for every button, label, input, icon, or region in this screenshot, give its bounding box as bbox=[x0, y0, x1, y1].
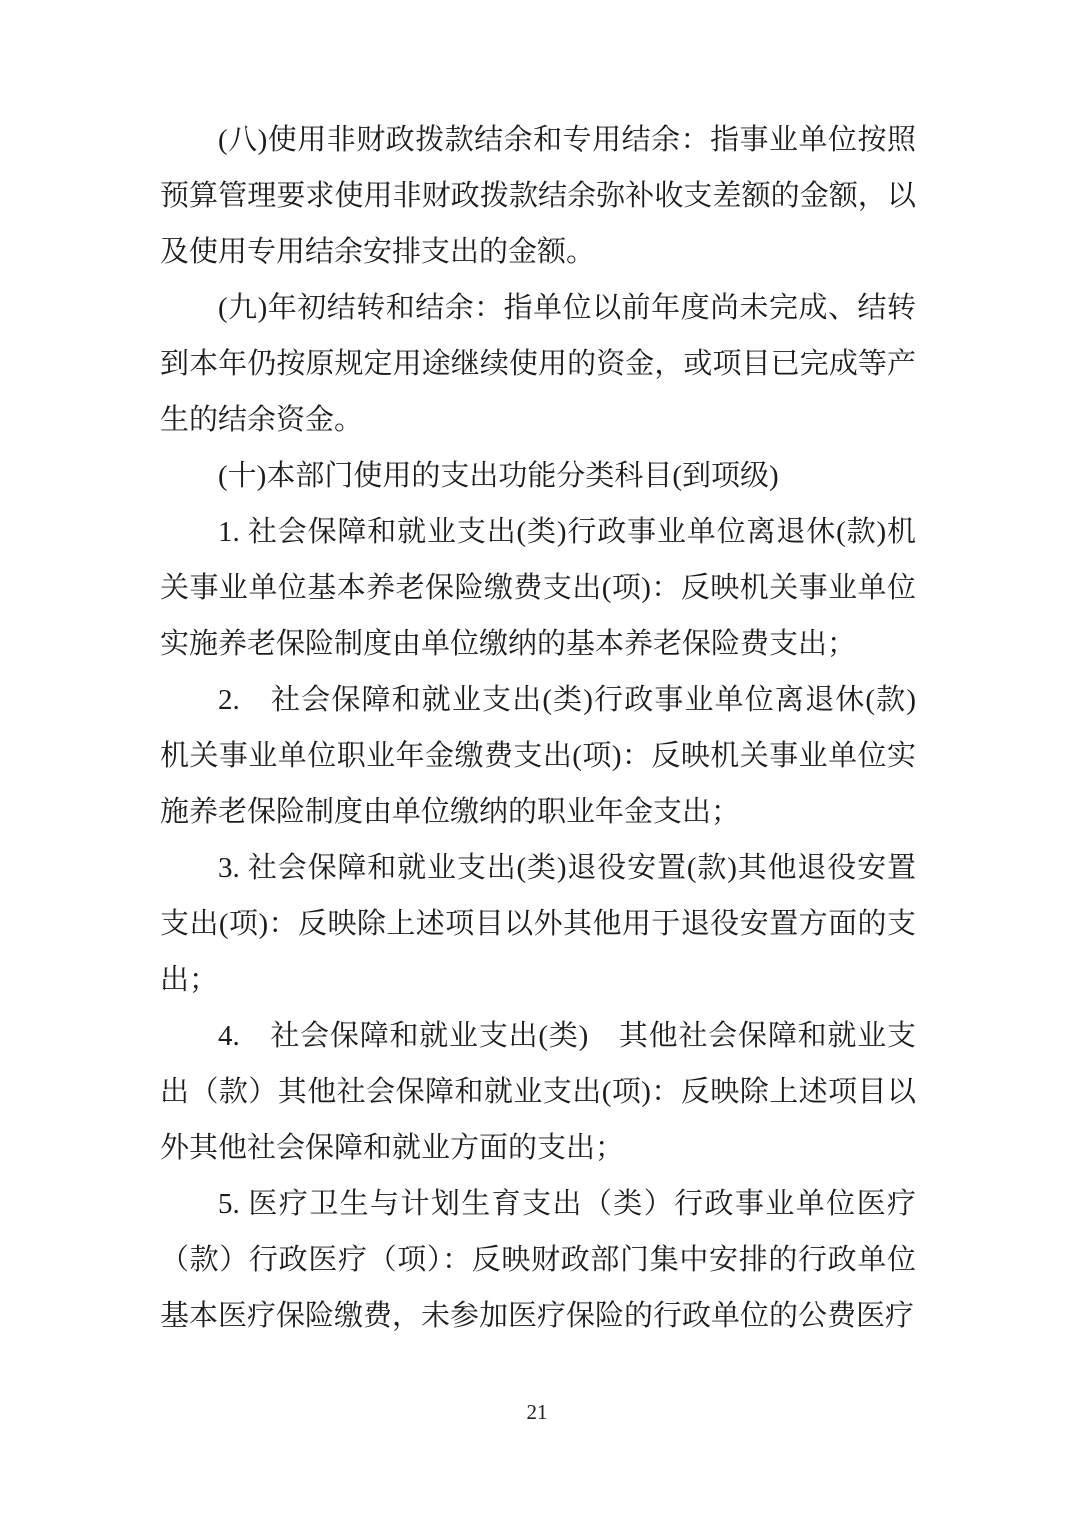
paragraph: (八)使用非财政拨款结余和专用结余：指事业单位按照预算管理要求使用非财政拨款结余… bbox=[160, 112, 916, 280]
paragraph: 4. 社会保障和就业支出(类) 其他社会保障和就业支出（款）其他社会保障和就业支… bbox=[160, 1008, 916, 1176]
paragraph: (十)本部门使用的支出功能分类科目(到项级) bbox=[160, 448, 916, 504]
paragraph: 2. 社会保障和就业支出(类)行政事业单位离退休(款)机关事业单位职业年金缴费支… bbox=[160, 672, 916, 840]
paragraph: 5. 医疗卫生与计划生育支出（类）行政事业单位医疗（款）行政医疗（项）：反映财政… bbox=[160, 1176, 916, 1344]
paragraph: 3. 社会保障和就业支出(类)退役安置(款)其他退役安置支出(项)：反映除上述项… bbox=[160, 840, 916, 1008]
page-number: 21 bbox=[0, 1398, 1074, 1426]
document-body: (八)使用非财政拨款结余和专用结余：指事业单位按照预算管理要求使用非财政拨款结余… bbox=[160, 112, 916, 1344]
paragraph: (九)年初结转和结余：指单位以前年度尚未完成、结转到本年仍按原规定用途继续使用的… bbox=[160, 280, 916, 448]
paragraph: 1. 社会保障和就业支出(类)行政事业单位离退休(款)机关事业单位基本养老保险缴… bbox=[160, 504, 916, 672]
document-page: (八)使用非财政拨款结余和专用结余：指事业单位按照预算管理要求使用非财政拨款结余… bbox=[0, 0, 1074, 1520]
